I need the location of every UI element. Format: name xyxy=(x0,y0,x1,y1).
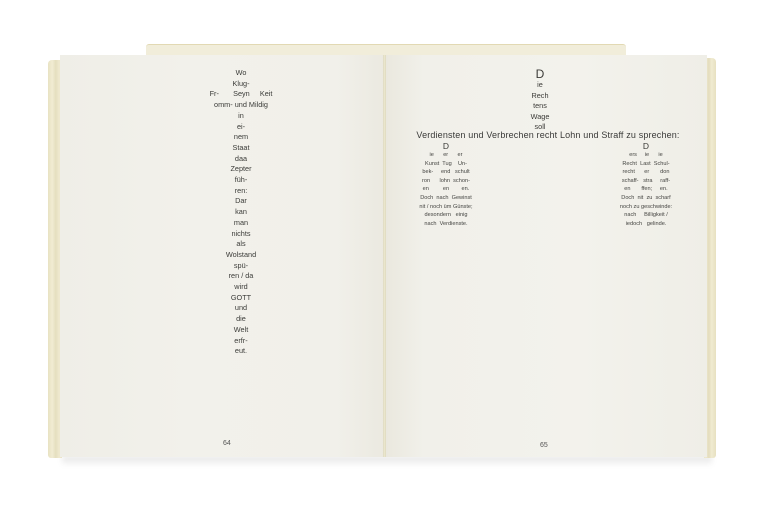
verse-line: Fr- Seyn Keit xyxy=(176,89,306,100)
verse-line: und xyxy=(176,303,306,314)
block-initial: D xyxy=(408,142,484,151)
book-shadow xyxy=(62,456,712,466)
verse-block-left: D ie er er Kunst Tug Un- bek- end schult… xyxy=(408,142,484,228)
verse-line: in xyxy=(176,111,306,122)
verse-line: Staat xyxy=(176,143,306,154)
block-line: Doch nit zu scharf xyxy=(608,194,684,203)
block-line: en en en. xyxy=(408,185,484,194)
block-initial: D xyxy=(608,142,684,151)
book-gutter xyxy=(383,55,386,457)
main-verse-line: Verdiensten und Verbrechen recht Lohn un… xyxy=(403,130,693,140)
block-line: Doch nach Gewinst xyxy=(408,194,484,203)
verse-line: Wo xyxy=(176,68,306,79)
verse-line: Wolstand xyxy=(176,250,306,261)
verse-line: füh- xyxy=(176,175,306,186)
open-book: WoKlug-Fr- Seyn Keitomm- und Mildiginei-… xyxy=(0,0,768,516)
verse-line: nem xyxy=(176,132,306,143)
verse-line: eut. xyxy=(176,346,306,357)
verse-line: man xyxy=(176,218,306,229)
right-heading-column: D ie Rech tens Wage soll xyxy=(480,68,600,133)
verse-line: die xyxy=(176,314,306,325)
verse-line: ren / da xyxy=(176,271,306,282)
block-line: desondern einig xyxy=(408,211,484,220)
block-line: nach Verdienste. xyxy=(408,220,484,229)
block-line: noch zu geschwinde: xyxy=(608,203,684,212)
verse-line: ei- xyxy=(176,122,306,133)
block-line: bek- end schult xyxy=(408,168,484,177)
heading-line: Rech xyxy=(480,91,600,102)
verse-line: daa xyxy=(176,154,306,165)
block-line: schaff- stra raff- xyxy=(608,177,684,186)
page-number-left: 64 xyxy=(223,440,231,447)
left-pattern-poem: WoKlug-Fr- Seyn Keitomm- und Mildiginei-… xyxy=(176,68,306,357)
verse-line: wird xyxy=(176,282,306,293)
verse-line: Klug- xyxy=(176,79,306,90)
verse-line: als xyxy=(176,239,306,250)
verse-line: Dar xyxy=(176,196,306,207)
block-line: ie er er xyxy=(408,151,484,160)
verse-line: spü- xyxy=(176,261,306,272)
block-line: ers ie ie xyxy=(608,151,684,160)
page-number-right: 65 xyxy=(540,442,548,449)
heading-line: ie xyxy=(480,80,600,91)
block-line: ron lohn schon- xyxy=(408,177,484,186)
drop-initial: D xyxy=(480,68,600,80)
block-line: en ffen; en. xyxy=(608,185,684,194)
block-line: recht er don xyxy=(608,168,684,177)
verse-line: Zepter xyxy=(176,164,306,175)
heading-line: Wage xyxy=(480,112,600,123)
block-line: nit / noch üm Günste; xyxy=(408,203,484,212)
block-line: iedoch gelinde. xyxy=(608,220,684,229)
block-line: nach Billigkeit / xyxy=(608,211,684,220)
verse-line: kan xyxy=(176,207,306,218)
verse-block-right: D ers ie ie Recht Last Schul- recht er d… xyxy=(608,142,684,228)
verse-line: ren: xyxy=(176,186,306,197)
block-line: Kunst Tug Un- xyxy=(408,160,484,169)
verse-line: nichts xyxy=(176,229,306,240)
verse-line: Welt xyxy=(176,325,306,336)
block-line: Recht Last Schul- xyxy=(608,160,684,169)
heading-line: tens xyxy=(480,101,600,112)
verse-line: erfr- xyxy=(176,336,306,347)
verse-line: GOTT xyxy=(176,293,306,304)
verse-line: omm- und Mildig xyxy=(176,100,306,111)
